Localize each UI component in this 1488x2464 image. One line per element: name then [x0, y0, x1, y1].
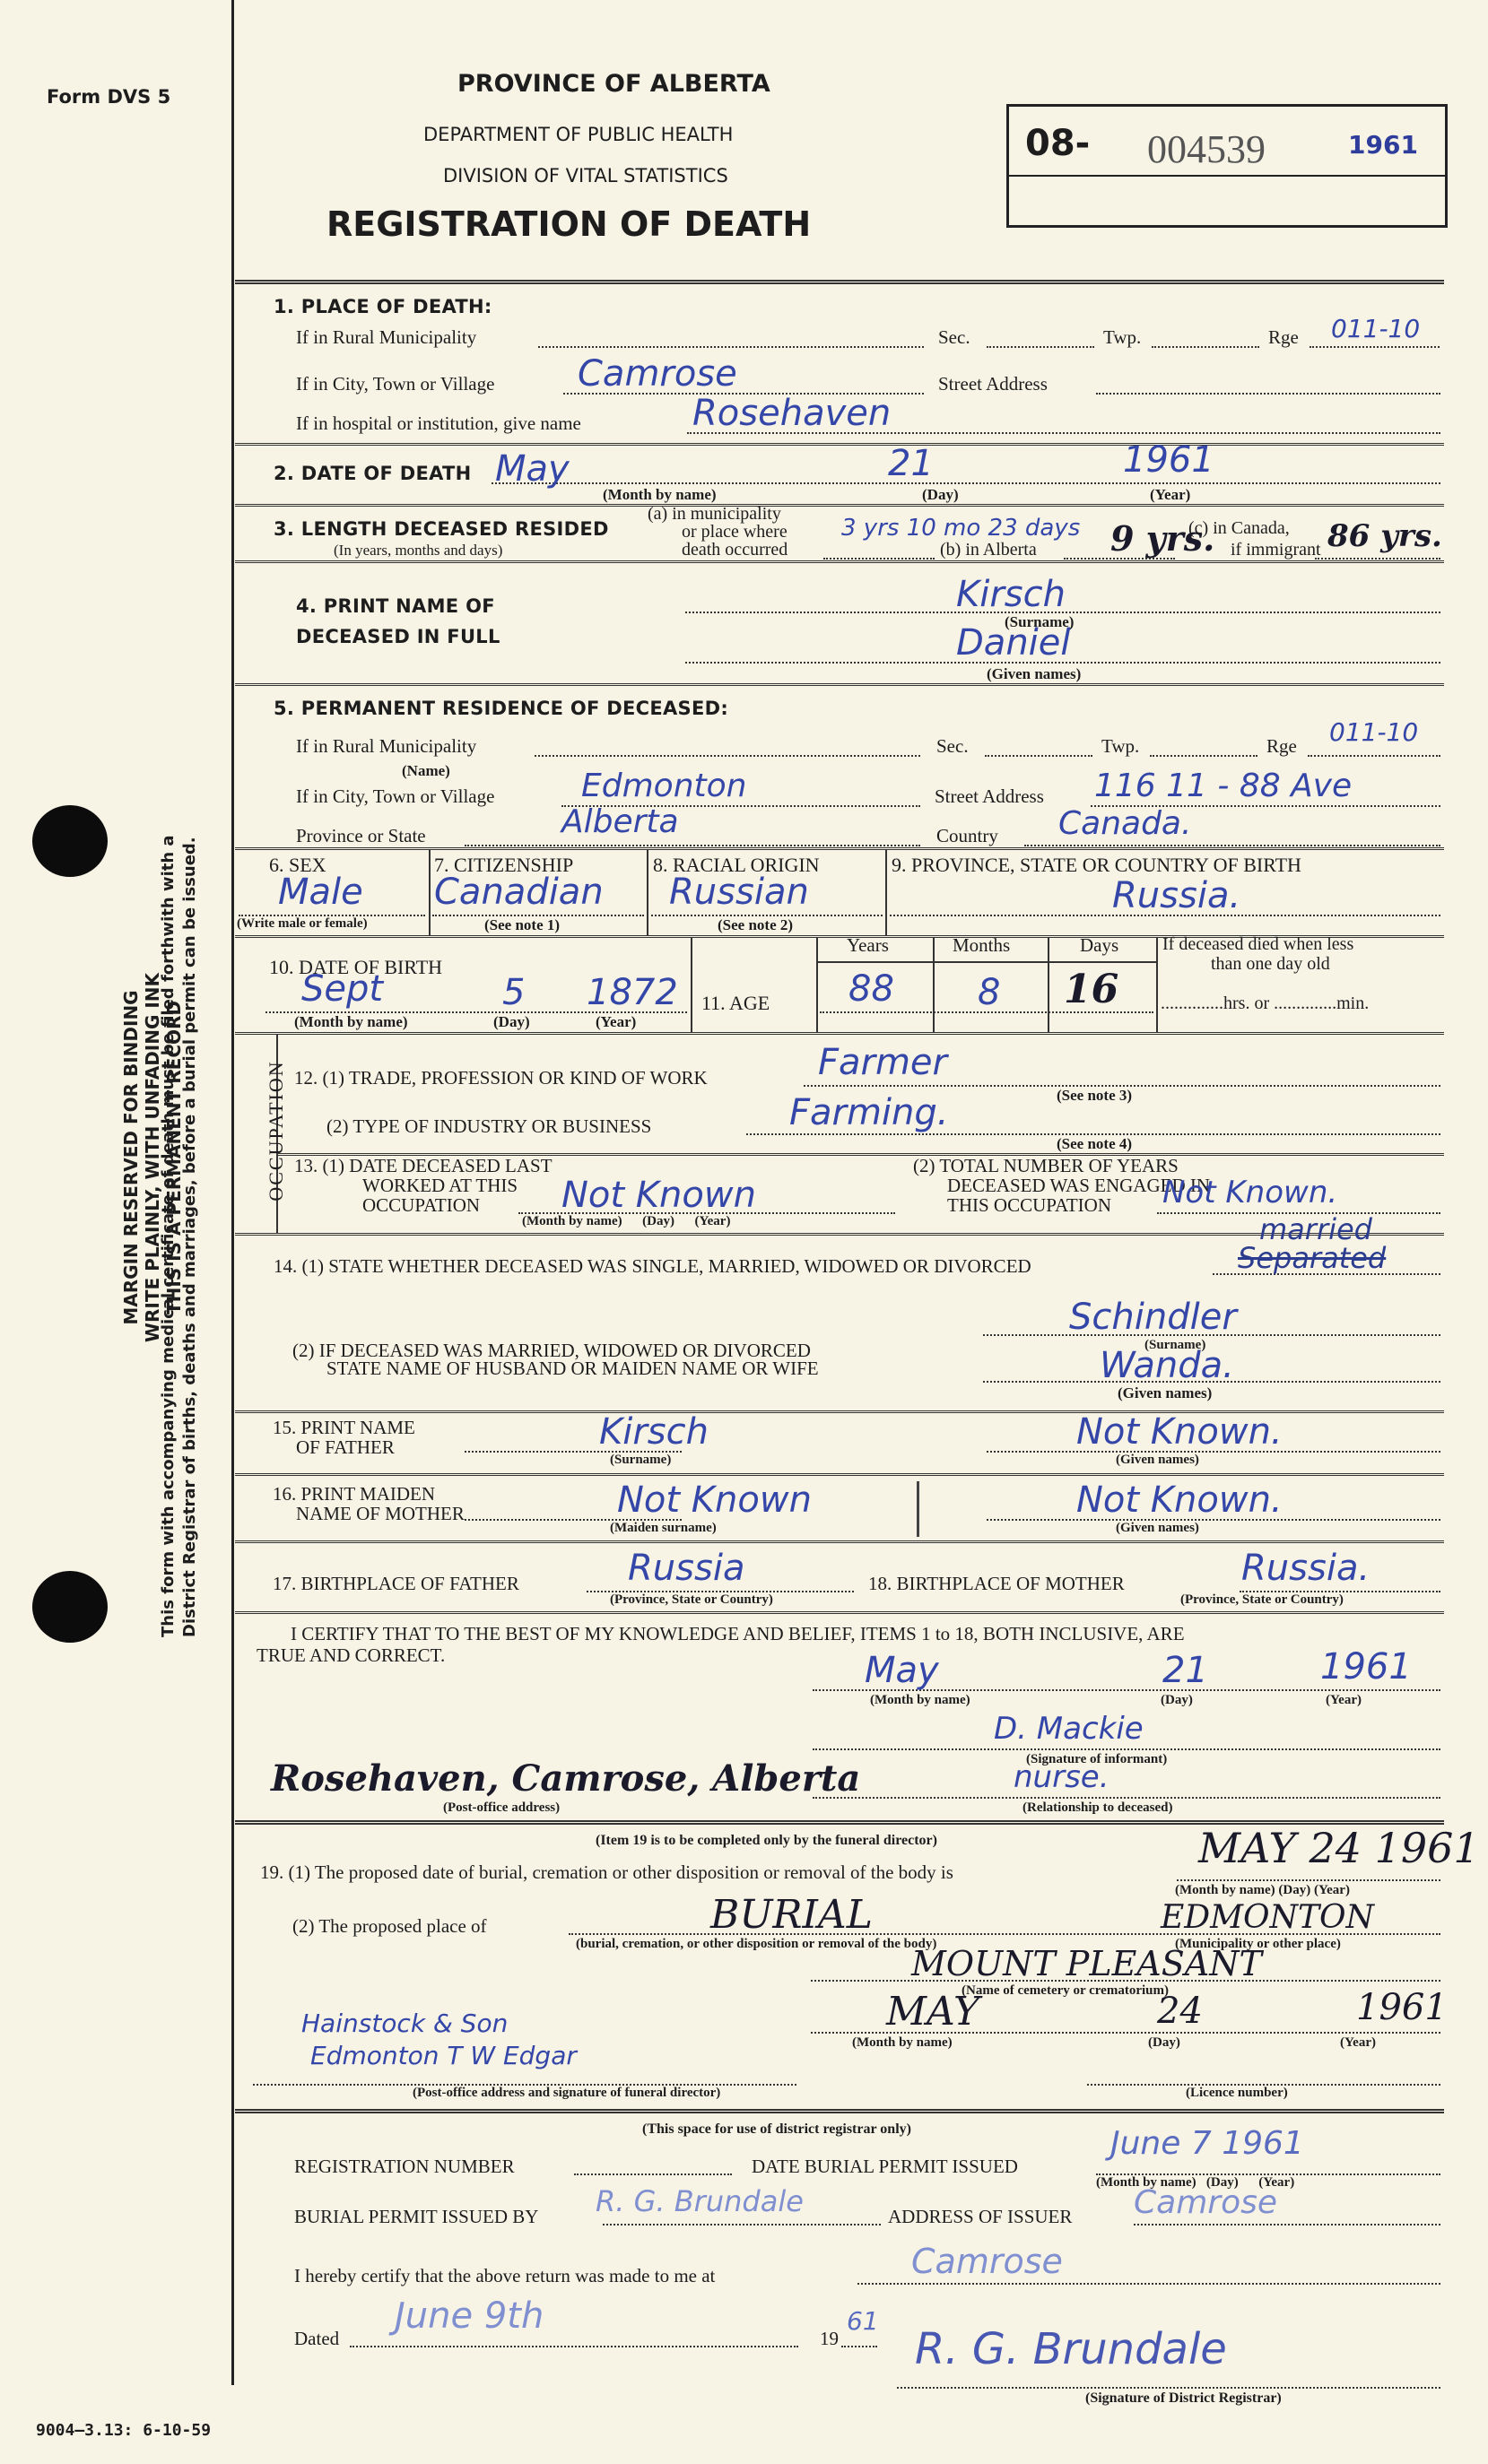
item5-country-value: Canada.: [1058, 805, 1191, 842]
item3-c-label2: if immigrant: [1231, 540, 1321, 560]
divider-10-11: [691, 938, 692, 1032]
rule-top: [235, 280, 1444, 284]
rule-3: [235, 560, 1444, 563]
item1-hospital-label: If in hospital or institution, give name: [296, 412, 581, 435]
racial-origin-value: Russian: [669, 872, 809, 913]
issued-by-label: BURIAL PERMIT ISSUED BY: [294, 2206, 538, 2228]
racial-origin-cap: (See note 2): [718, 916, 793, 934]
age-header-line: [816, 961, 1156, 963]
province-heading: PROVINCE OF ALBERTA: [457, 70, 770, 98]
age-years-header: Years: [847, 934, 889, 957]
informant-signature-field[interactable]: [813, 1748, 1440, 1750]
dob-cap-day: (Day): [493, 1013, 530, 1031]
q12-1-value: Farmer: [818, 1042, 947, 1083]
issuer-address-label: ADDRESS OF ISSUER: [888, 2206, 1072, 2228]
rule-4: [235, 683, 1444, 686]
item5-country-field[interactable]: [1024, 845, 1440, 846]
item4-cap-given: (Given names): [987, 665, 1081, 683]
reg-number: 004539: [1147, 126, 1266, 172]
item19-q1-field[interactable]: [1177, 1879, 1440, 1881]
item5-country-label: Country: [936, 825, 998, 847]
q13-2-label-c: THIS OCCUPATION: [947, 1194, 1111, 1217]
q16-label2: NAME OF MOTHER: [296, 1503, 465, 1525]
certify-return-label: I hereby certify that the above return w…: [294, 2265, 715, 2287]
item5-city-value: Edmonton: [581, 768, 746, 804]
item19-disposition: BURIAL: [710, 1892, 873, 1938]
dob-cap-month: (Month by name): [294, 1013, 408, 1031]
item5-sec-field[interactable]: [985, 755, 1092, 757]
page-title: REGISTRATION OF DEATH: [326, 204, 811, 244]
notice-line-1: This form with accompanying medical cert…: [158, 777, 179, 1637]
divider-6-7: [429, 850, 431, 935]
item19-note: (Item 19 is to be completed only by the …: [596, 1833, 937, 1849]
item5-province-label: Province or State: [296, 825, 426, 847]
issued-by-value: R. G. Brundale: [596, 2184, 804, 2218]
rule-1: [235, 443, 1444, 446]
note4: (See note 4): [1057, 1135, 1132, 1153]
dob-month: Sept: [301, 968, 383, 1010]
certify-text-1: I CERTIFY THAT TO THE BEST OF MY KNOWLED…: [291, 1623, 1185, 1645]
item5-street-value: 116 11 - 88 Ave: [1094, 768, 1352, 804]
item19-cap-month: (Month by name): [852, 2035, 953, 2051]
item3-a-value: 3 yrs 10 mo 23 days: [841, 515, 1080, 542]
item1-rural-field[interactable]: [538, 346, 924, 348]
item5-rge-label: Rge: [1266, 735, 1297, 758]
q13-2-value: Not Known.: [1162, 1175, 1337, 1210]
certify-cap-month: (Month by name): [870, 1693, 970, 1708]
item2-date-field[interactable]: [492, 482, 1440, 484]
item1-rge-field[interactable]: [1310, 346, 1440, 348]
q15-cap-given: (Given names): [1116, 1453, 1199, 1468]
item19-cap-day: (Day): [1148, 2035, 1180, 2051]
item3-c-value: 86 yrs.: [1327, 518, 1442, 554]
registration-number-box: 08- 004539 1961: [1006, 104, 1448, 228]
certify-return-value: Camrose: [911, 2242, 1063, 2281]
item1-twp-label: Twp.: [1103, 326, 1141, 349]
dated-year-prefix: 19: [820, 2328, 839, 2350]
informant-signature: D. Mackie: [994, 1711, 1144, 1747]
item2-heading: 2. DATE OF DEATH: [274, 463, 472, 484]
item5-rge-field[interactable]: [1308, 755, 1440, 757]
item5-street-label: Street Address: [935, 785, 1044, 808]
q14-1-label: 14. (1) STATE WHETHER DECEASED WAS SINGL…: [274, 1255, 1031, 1278]
permit-date-value: June 7 1961: [1110, 2125, 1304, 2162]
item19-q1-label: 19. (1) The proposed date of burial, cre…: [260, 1861, 953, 1884]
item2-cap-month: (Month by name): [603, 486, 717, 504]
rule-7: [235, 1032, 1444, 1035]
q16-given: Not Known.: [1076, 1479, 1283, 1521]
issuer-address-field[interactable]: [1134, 2224, 1440, 2225]
rule-14: [235, 2109, 1444, 2113]
item5-twp-label: Twp.: [1101, 735, 1139, 758]
certify-return-field[interactable]: [857, 2283, 1440, 2285]
registrar-signature: R. G. Brundale: [915, 2324, 1227, 2374]
age-days: 16: [1064, 967, 1118, 1012]
divider-8-9: [885, 850, 887, 935]
item5-heading: 5. PERMANENT RESIDENCE OF DECEASED:: [274, 698, 728, 719]
item3-heading: 3. LENGTH DECEASED RESIDED: [274, 518, 609, 540]
item19-municipality: EDMONTON: [1161, 1899, 1374, 1936]
divider-years-months: [933, 938, 935, 1032]
item4-given: Daniel: [956, 622, 1071, 664]
dob-day: 5: [502, 972, 525, 1013]
notice-line-2: District Registrar of births, deaths and…: [179, 777, 201, 1637]
birthplace-label: 9. PROVINCE, STATE OR COUNTRY OF BIRTH: [892, 854, 1301, 877]
item2-cap-year: (Year): [1150, 486, 1190, 504]
divider-age-years: [816, 938, 818, 1032]
pen-mark: [917, 1481, 919, 1537]
rule-11: [235, 1540, 1444, 1543]
item1-rge-value: 011-10: [1331, 314, 1420, 343]
reg-prefix: 08-: [1025, 123, 1090, 164]
q12-1-label: 12. (1) TRADE, PROFESSION OR KIND OF WOR…: [294, 1067, 708, 1089]
item2-month: May: [495, 448, 570, 490]
item2-year: 1961: [1123, 439, 1214, 481]
certify-year: 1961: [1320, 1646, 1412, 1687]
item2-day: 21: [888, 443, 934, 484]
dated-year-suffix: 61: [847, 2306, 879, 2336]
q18-label: 18. BIRTHPLACE OF MOTHER: [868, 1573, 1125, 1595]
q14-2-cap-given: (Given names): [1118, 1384, 1212, 1402]
divider-7-8: [647, 850, 648, 935]
department-heading: DEPARTMENT OF PUBLIC HEALTH: [423, 124, 733, 145]
item1-heading: 1. PLACE OF DEATH:: [274, 296, 492, 317]
item5-name-cap: (Name): [402, 762, 450, 780]
item1-hospital-value: Rosehaven: [692, 393, 891, 434]
issued-by-field[interactable]: [603, 2224, 881, 2225]
registrar-signature-cap: (Signature of District Registrar): [1085, 2390, 1282, 2407]
reg-number-label: REGISTRATION NUMBER: [294, 2156, 515, 2178]
item4-surname: Kirsch: [956, 574, 1066, 615]
funeral-director-sig-2: Edmonton T W Edgar: [310, 2041, 577, 2070]
sex-cap: (Write male or female): [237, 916, 368, 932]
permit-date-label: DATE BURIAL PERMIT ISSUED: [752, 2156, 1018, 2178]
certify-cap-day: (Day): [1161, 1693, 1193, 1708]
item3-a-label3: death occurred: [682, 540, 788, 560]
item1-sec-label: Sec.: [938, 326, 970, 349]
certify-text-2: TRUE AND CORRECT.: [257, 1644, 445, 1667]
footer-code: 9004—3.13: 6-10-59: [36, 2421, 211, 2440]
q14-2-given: Wanda.: [1100, 1345, 1234, 1386]
relationship-value: nurse.: [1014, 1759, 1109, 1795]
q17-label: 17. BIRTHPLACE OF FATHER: [273, 1573, 519, 1595]
item3-b-label: (b) in Alberta: [940, 540, 1037, 560]
item1-street-field[interactable]: [1096, 393, 1440, 395]
q15-cap-surname: (Surname): [610, 1453, 671, 1468]
item5-rural-field[interactable]: [535, 755, 920, 757]
reg-number-field[interactable]: [574, 2173, 732, 2175]
dated-field[interactable]: [350, 2346, 798, 2347]
po-address-cap: (Post-office address): [443, 1800, 560, 1816]
q16-cap-given: (Given names): [1116, 1521, 1199, 1536]
item1-twp-field[interactable]: [1152, 346, 1259, 348]
item1-city-value: Camrose: [578, 353, 737, 395]
q15-given: Not Known.: [1076, 1411, 1283, 1453]
item5-province-value: Alberta: [561, 803, 679, 840]
note3: (See note 3): [1057, 1087, 1132, 1105]
item19-q1-value: MAY 24 1961: [1198, 1824, 1480, 1872]
funeral-director-cap: (Post-office address and signature of fu…: [413, 2086, 720, 2101]
item5-province-field[interactable]: [465, 845, 920, 846]
punch-hole-top: [32, 805, 108, 877]
funeral-director-sig-1: Hainstock & Son: [301, 2009, 508, 2038]
item19-month: MAY: [886, 1989, 979, 2035]
citizenship-value: Canadian: [434, 872, 604, 913]
q14-2-surname: Schindler: [1069, 1297, 1237, 1338]
po-address-value: Rosehaven, Camrose, Alberta: [271, 1757, 860, 1800]
q13-1-value: Not Known: [561, 1175, 756, 1216]
q18-cap: (Province, State or Country): [1180, 1592, 1344, 1608]
punch-hole-bottom: [32, 1571, 108, 1643]
age-months: 8: [978, 972, 1000, 1013]
item4-heading2: DECEASED IN FULL: [296, 626, 500, 647]
item4-heading1: 4. PRINT NAME OF: [296, 595, 495, 617]
less-day-label2: than one day old: [1211, 954, 1330, 975]
form-id: Form DVS 5: [47, 86, 170, 108]
item3-a-field[interactable]: [823, 558, 935, 560]
q15-label2: OF FATHER: [296, 1436, 395, 1459]
item2-cap-day: (Day): [922, 486, 959, 504]
less-day-label1: If deceased died when less: [1162, 934, 1353, 955]
item5-rural-label: If in Rural Municipality: [296, 735, 476, 758]
rule-10: [235, 1473, 1444, 1476]
sex-value: Male: [278, 872, 363, 913]
rule-5: [235, 847, 1444, 850]
item5-sec-label: Sec.: [936, 735, 969, 758]
age-years: 88: [848, 968, 894, 1010]
item19-cap-year: (Year): [1340, 2035, 1376, 2051]
item19-day: 24: [1157, 1991, 1203, 2032]
citizenship-cap: (See note 1): [484, 916, 560, 934]
birthplace-value: Russia.: [1112, 875, 1240, 916]
q16-cap-surname: (Maiden surname): [610, 1521, 717, 1536]
item19-cap-cem: (Name of cemetery or crematorium): [962, 1983, 1169, 1999]
age-label: 11. AGE: [701, 992, 770, 1015]
q15-surname: Kirsch: [599, 1411, 709, 1453]
item1-city-label: If in City, Town or Village: [296, 373, 494, 395]
certify-cap-year: (Year): [1326, 1693, 1362, 1708]
item3-c-field[interactable]: [1315, 558, 1440, 560]
rule-2: [235, 504, 1444, 507]
q18-value: Russia.: [1241, 1548, 1370, 1589]
item3-sub: (In years, months and days): [334, 542, 502, 560]
issuer-address-value: Camrose: [1134, 2184, 1277, 2221]
item19-q2-label: (2) The proposed place of: [292, 1915, 487, 1938]
hrs-min-field[interactable]: ..............hrs. or ..............min.: [1161, 993, 1369, 1014]
age-months-header: Months: [953, 934, 1010, 957]
item1-sec-field[interactable]: [987, 346, 1094, 348]
certify-day: 21: [1162, 1650, 1208, 1691]
item19-q1-cap: (Month by name) (Day) (Year): [1175, 1883, 1350, 1898]
dated-year-field[interactable]: [841, 2346, 877, 2347]
margin-line-1: MARGIN RESERVED FOR BINDING: [120, 817, 142, 1498]
item1-rge-label: Rge: [1268, 326, 1299, 349]
q17-value: Russia: [628, 1548, 744, 1589]
q12-2-label: (2) TYPE OF INDUSTRY OR BUSINESS: [326, 1115, 651, 1138]
item5-city-label: If in City, Town or Village: [296, 785, 494, 808]
q16-surname: Not Known: [617, 1479, 812, 1521]
binding-margin-line: [231, 0, 234, 2385]
registrar-signature-field[interactable]: [897, 2387, 1440, 2389]
registrar-note: (This space for use of district registra…: [642, 2121, 911, 2138]
rule-12: [235, 1611, 1444, 1614]
q14-1-value: married: [1259, 1212, 1372, 1246]
certify-month: May: [865, 1650, 939, 1691]
item19-cemetery: MOUNT PLEASANT: [911, 1944, 1262, 1983]
relationship-cap: (Relationship to deceased): [1022, 1800, 1173, 1816]
licence-number-cap: (Licence number): [1186, 2086, 1288, 2101]
item19-cap-disp: (burial, cremation, or other disposition…: [576, 1937, 936, 1952]
dated-value: June 9th: [395, 2295, 544, 2337]
dob-cap-year: (Year): [596, 1013, 636, 1031]
item19-year: 1961: [1356, 1987, 1448, 2028]
divider-days-less: [1156, 938, 1158, 1032]
q13-1-label-c: OCCUPATION: [362, 1194, 480, 1217]
division-heading: DIVISION OF VITAL STATISTICS: [443, 165, 728, 187]
reg-year-stamp: 1961: [1348, 130, 1418, 160]
margin-filing-notice: This form with accompanying medical cert…: [158, 777, 201, 1637]
item3-c-label1: (c) in Canada,: [1188, 518, 1290, 539]
dob-year: 1872: [587, 972, 678, 1013]
age-days-header: Days: [1080, 934, 1118, 957]
item5-twp-field[interactable]: [1150, 755, 1257, 757]
occupation-side-label: OCCUPATION: [265, 1032, 288, 1229]
relationship-field[interactable]: [813, 1797, 1440, 1799]
item1-street-label: Street Address: [938, 373, 1048, 395]
divider-months-days: [1048, 938, 1049, 1032]
dated-label: Dated: [294, 2328, 339, 2350]
q17-cap: (Province, State or Country): [610, 1592, 773, 1608]
q12-2-value: Farming.: [789, 1092, 949, 1133]
item1-rural-label: If in Rural Municipality: [296, 326, 476, 349]
q14-2-label-b: STATE NAME OF HUSBAND OR MAIDEN NAME OR …: [326, 1358, 819, 1380]
item5-rge-value: 011-10: [1329, 717, 1418, 747]
q13-1-cap: (Month by name) (Day) (Year): [522, 1214, 730, 1229]
